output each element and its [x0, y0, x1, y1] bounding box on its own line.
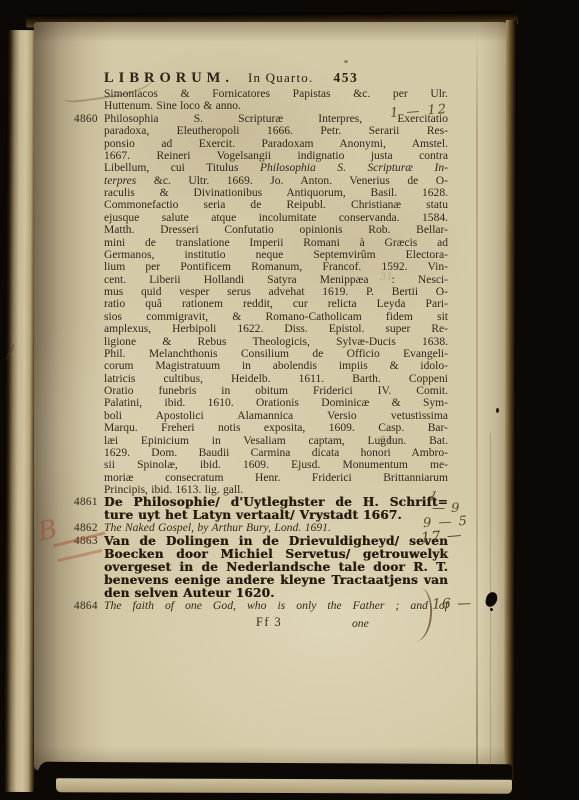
catalog-line: terpres &c. Ultr. 1669. Jo. Anton. Vener… — [104, 175, 448, 187]
catalog-line: Oratio funebris in obitum Friderici IV. … — [104, 385, 448, 397]
catalog-line: Palatini, ibid. 1610. Orationis Dominicæ… — [104, 397, 448, 409]
signature-row: Ff 3 one — [104, 614, 448, 632]
ink-speck — [490, 608, 493, 611]
margin-annotation: 31 — [380, 272, 393, 283]
margin-annotation: 17 — — [420, 527, 463, 547]
catalog-line: 1667. Reineri Vogelsangii indignatio jus… — [104, 150, 448, 162]
catalog-line: Germanos, institutio neque Septemvirûm E… — [104, 249, 448, 261]
entry-number: 4861 — [74, 496, 103, 509]
catalog-line: 4864The faith of one God, who is only th… — [104, 600, 448, 613]
catalog-line: sii Spinolæ, ibid. 1609. Ejusd. Monument… — [104, 459, 448, 471]
catalog-line: ratio quâ rationem reddit, cur relicta L… — [104, 298, 448, 310]
catalog-line: Libellum, cui Titulus Philosophia S. Scr… — [104, 162, 448, 174]
catalog-line: amplexus, Herbipoli 1622. Diss. Epistol.… — [104, 323, 448, 335]
catalog-line: paradoxa, Eleutheropoli 1666. Petr. Sera… — [104, 125, 448, 137]
catalog-line: moriæ consecratum Henr. Friderici Britta… — [104, 472, 448, 484]
page-crease — [476, 22, 478, 770]
entry-number: 4860 — [74, 113, 103, 125]
catalog-line: mini de translatione Imperii Romani à Gr… — [104, 237, 448, 249]
book-block-edge — [56, 778, 512, 794]
catalog-line: Marqu. Freheri notis exposita, 1609. Cas… — [104, 422, 448, 434]
catalog-line: cent. Liberii Hollandi Satyra Menippæa :… — [104, 274, 448, 286]
catalog-line: læi Epinicium in Vesaliam captam, Lugdun… — [104, 435, 448, 447]
page: LIBRORUM.In Quarto.453 Simoniacos & Forn… — [34, 22, 512, 770]
entry-number: 4864 — [74, 600, 103, 613]
text-block: LIBRORUM.In Quarto.453 Simoniacos & Forn… — [104, 70, 448, 632]
catalog-line: latricis cultibus, Heidelb. 1611. Barth.… — [104, 373, 448, 385]
margin-annotation: 51 — [378, 433, 393, 447]
catalog-line: lium per Pontificem Romanum, Francof. 15… — [104, 261, 448, 273]
page-number: 453 — [333, 70, 358, 85]
catalog-line: ponsio ad Exercit. Paradoxam Anonymi, Am… — [104, 138, 448, 150]
text-lines: Simoniacos & Fornicatores Papistas &c. p… — [104, 88, 448, 613]
book-photo: { "page": { "header": { "left": "LIBRORU… — [0, 0, 579, 800]
catalog-line: Simoniacos & Fornicatores Papistas &c. p… — [104, 88, 448, 100]
page-right-edge — [504, 20, 517, 780]
catalog-line: mus quid vesper serus advehat 1619. P. B… — [104, 286, 448, 298]
catalog-line: Commonefactio seria de Reipubl. Christia… — [104, 199, 448, 211]
facing-page-edge — [3, 30, 38, 792]
catalog-line: 1629. Dom. Baudii Carmina dicata honori … — [104, 447, 448, 459]
catalog-line: corum Magistratuum in abolendis impiis &… — [104, 360, 448, 372]
catalog-line: raculis & Divinationibus Antiquorum, Bas… — [104, 187, 448, 199]
catalog-line: ejusque salute atque incolumitate conser… — [104, 212, 448, 224]
catalog-line: boli Apostolici Alamannica Versio vetust… — [104, 410, 448, 422]
catchword: one — [352, 617, 369, 630]
ink-speck — [496, 408, 499, 413]
running-header: LIBRORUM.In Quarto.453 — [104, 70, 448, 88]
header-section: In Quarto. — [248, 70, 313, 85]
gathering-signature: Ff 3 — [256, 615, 282, 630]
header-title: LIBRORUM. — [104, 70, 234, 86]
catalog-line: sios commigravit, & Romano-Catholicam fi… — [104, 311, 448, 323]
catalog-line: Matth. Dresseri Confutatio opinionis Rob… — [104, 224, 448, 236]
margin-annotation: 16 — — [432, 595, 473, 612]
ink-blot — [485, 591, 499, 608]
red-crayon-stroke — [57, 549, 102, 562]
catalog-line: ligione & Rebus Theologicis, Sylvæ-Ducis… — [104, 336, 448, 348]
ink-speck — [344, 60, 348, 63]
catalog-line: Phil. Melanchthonis Consilium de Officio… — [104, 348, 448, 360]
